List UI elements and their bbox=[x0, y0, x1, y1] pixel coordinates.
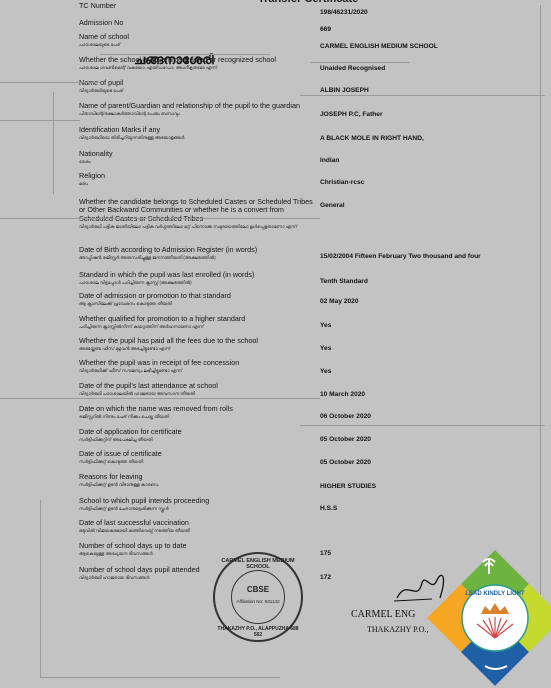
field-label-english: Reasons for leaving bbox=[79, 472, 143, 481]
field-value: Yes bbox=[320, 368, 331, 375]
field-label-malayalam: പിതാവിന്റെ/രക്ഷാകർത്താവിന്റെ പേരും ബന്ധവ… bbox=[79, 111, 314, 117]
field-label-english: Whether the pupil was in receipt of fee … bbox=[79, 358, 239, 367]
field-label: Date of admission or promotion to that s… bbox=[79, 292, 314, 307]
separator-line bbox=[0, 82, 100, 83]
field-label-malayalam: വിദ്യാർത്ഥി പട്ടിക ജാതിയിലോ പട്ടിക വർഗ്ഗ… bbox=[79, 224, 314, 230]
field-label-english: Date of last successful vaccination bbox=[79, 518, 189, 527]
field-label: Whether the pupil was in receipt of fee … bbox=[79, 359, 314, 374]
field-label: Date of Birth according to Admission Reg… bbox=[79, 246, 314, 261]
field-value: 172 bbox=[320, 574, 331, 581]
field-label: Name of schoolപാഠശാലയുടെ പേര് bbox=[79, 33, 314, 48]
field-label-malayalam: പാഠശാലയുടെ പേര് bbox=[79, 42, 314, 48]
field-label-malayalam: വിദ്യാർത്ഥി പാഠശാലയിൽ ഹാജരായ അവസാന തീയതി bbox=[79, 391, 314, 397]
separator-line bbox=[310, 62, 410, 63]
field-label-malayalam: രജിസ്റ്ററിൽ നിന്നും പേര് നീക്കം ചെയ്ത തീ… bbox=[79, 414, 314, 420]
field-value: CARMEL ENGLISH MEDIUM SCHOOL bbox=[320, 43, 438, 50]
field-label-english: Date of the pupil's last attendance at s… bbox=[79, 381, 218, 390]
field-value: 15/02/2004 Fifteen February Two thousand… bbox=[320, 253, 481, 260]
field-label: Date of issue of certificateസർട്ടിഫിക്കറ… bbox=[79, 450, 314, 465]
field-label: Date on which the name was removed from … bbox=[79, 405, 314, 420]
field-label-english: Name of school bbox=[79, 32, 129, 41]
field-label: Religionമതം bbox=[79, 172, 314, 187]
field-label-english: Whether the pupil has paid all the fees … bbox=[79, 336, 258, 345]
field-label-english: Date of application for certificate bbox=[79, 427, 182, 436]
field-label-english: Date of issue of certificate bbox=[79, 449, 162, 458]
field-value: Christian-rcsc bbox=[320, 179, 364, 186]
field-label: Whether the pupil has paid all the fees … bbox=[79, 337, 314, 352]
field-label: Name of parent/Guardian and relationship… bbox=[79, 102, 314, 117]
field-label: Nationalityദേശം bbox=[79, 150, 314, 165]
field-label: Identification Marks if anyവിദ്യാർത്ഥിയെ… bbox=[79, 126, 314, 141]
field-label: Number of school days up to dateആകെയുള്ള… bbox=[79, 542, 314, 557]
svg-text:LEAD KINDLY LIGHT: LEAD KINDLY LIGHT bbox=[465, 591, 525, 597]
field-value: 175 bbox=[320, 550, 331, 557]
field-label-english: Date of admission or promotion to that s… bbox=[79, 291, 231, 300]
stamp-ring-text: CARMEL ENGLISH MEDIUM SCHOOL bbox=[215, 558, 301, 570]
field-label-malayalam: സർട്ടിഫിക്കറ്റ് കൊടുത്ത തീയതി bbox=[79, 459, 314, 465]
field-label-malayalam: പഠിച്ചിരുന്ന ക്ലാസ്സിൽനിന്ന് കയറ്റത്തിന്… bbox=[79, 324, 314, 330]
separator-line bbox=[300, 425, 545, 426]
field-value: 02 May 2020 bbox=[320, 298, 359, 305]
field-label-malayalam: ദേശം bbox=[79, 159, 314, 165]
field-label-malayalam: പാഠശാല ഗവൺമെന്റ് വകയോ, എയ്ഡഡോ, അംഗീകൃതമോ… bbox=[79, 65, 314, 71]
field-value: Unaided Recognised bbox=[320, 65, 385, 72]
field-label-malayalam: വിദ്യാർത്ഥിയെ തിരിച്ചറിയുന്നതിനുള്ള അടയാ… bbox=[79, 135, 314, 141]
field-label: Standard in which the pupil was last enr… bbox=[79, 271, 314, 286]
signature-address: THAKAZHY P.O., bbox=[367, 625, 428, 634]
field-label: Admission No bbox=[79, 19, 314, 28]
stamp-address: THAKAZHY P.O., ALAPPUZHA 688 562 bbox=[215, 626, 301, 638]
field-label-malayalam: അടയ്ക്കേണ്ട ഫീസ് മുഴുവൻ അടച്ചിട്ടുണ്ടോ എ… bbox=[79, 346, 314, 352]
lead-kindly-light-logo: LEAD KINDLY LIGHT bbox=[425, 548, 551, 688]
field-value: Yes bbox=[320, 345, 331, 352]
border-line bbox=[40, 500, 41, 678]
field-label-english: TC Number bbox=[79, 1, 116, 10]
field-value: 05 October 2020 bbox=[320, 436, 371, 443]
field-label: Name of pupilവിദ്യാർത്ഥിയുടെ പേര് bbox=[79, 79, 314, 94]
field-label-malayalam: സർട്ടിഫിക്കറ്റ് ഉടൻ വിടാനുള്ള കാരണം bbox=[79, 482, 314, 488]
field-label-english: Standard in which the pupil was last enr… bbox=[79, 270, 254, 279]
field-value: HIGHER STUDIES bbox=[320, 483, 376, 490]
field-label: Whether qualified for promotion to a hig… bbox=[79, 315, 314, 330]
field-value: 669 bbox=[320, 26, 331, 33]
field-label-english: Nationality bbox=[79, 149, 113, 158]
separator-line bbox=[0, 120, 80, 121]
field-label-malayalam: ഒടുവിൽ വിജയകരമായി കുത്തിവെയ്പ് നടത്തിയ ത… bbox=[79, 528, 314, 534]
field-label-english: School to which pupil intends proceeding bbox=[79, 496, 209, 505]
signature-school-name: CARMEL ENG bbox=[351, 609, 415, 620]
field-value: Indian bbox=[320, 157, 339, 164]
field-label-malayalam: സർട്ടിഫിക്കറ്റിന് അപേക്ഷിച്ച തീയതി bbox=[79, 437, 314, 443]
school-seal-stamp: CARMEL ENGLISH MEDIUM SCHOOL CBSE Affili… bbox=[213, 552, 303, 642]
field-value: A BLACK MOLE IN RIGHT HAND, bbox=[320, 135, 424, 142]
field-label-malayalam: അഡ്മിഷൻ രജിസ്റ്റർ അനുസരിച്ചുള്ള ജനനത്തീയ… bbox=[79, 255, 314, 261]
border-line bbox=[40, 677, 280, 678]
field-value: 06 October 2020 bbox=[320, 413, 371, 420]
field-label-malayalam: വിദ്യാർത്ഥിക്ക് ഫീസ് സൗജന്യം ലഭിച്ചിട്ടു… bbox=[79, 368, 314, 374]
border-line bbox=[53, 92, 54, 194]
separator-line bbox=[300, 95, 545, 96]
field-label-malayalam: മതം bbox=[79, 181, 314, 187]
field-label-english: Date on which the name was removed from … bbox=[79, 404, 233, 413]
field-label-english: Identification Marks if any bbox=[79, 125, 160, 134]
field-label: TC Number bbox=[79, 2, 314, 11]
field-label: Date of application for certificateസർട്ട… bbox=[79, 428, 314, 443]
field-label-malayalam: പാഠശാല വിട്ടപ്പോൾ പഠിച്ചിരുന്ന ക്ലാസ്സ് … bbox=[79, 280, 314, 286]
field-label: Date of the pupil's last attendance at s… bbox=[79, 382, 314, 397]
field-label-english: Admission No bbox=[79, 18, 123, 27]
border-line bbox=[540, 5, 541, 595]
field-label: Reasons for leavingസർട്ടിഫിക്കറ്റ് ഉടൻ വ… bbox=[79, 473, 314, 488]
transfer-certificate-page: Transfer Certificate ചങ്ങനാശേരി TC Numbe… bbox=[0, 0, 551, 688]
stamp-cbse: CBSE bbox=[232, 585, 284, 594]
field-value: Yes bbox=[320, 322, 331, 329]
field-label-english: Number of school days up to date bbox=[79, 541, 186, 550]
field-label: Whether the school is government aided o… bbox=[79, 56, 314, 71]
field-value: 198/46231/2020 bbox=[320, 9, 368, 16]
stamp-inner-ring: CBSE Affiliation No: 931132 bbox=[231, 570, 285, 624]
field-label-english: Date of Birth according to Admission Reg… bbox=[79, 245, 257, 254]
field-value: JOSEPH P.C, Father bbox=[320, 111, 383, 118]
separator-line bbox=[0, 398, 320, 399]
field-label: Date of last successful vaccinationഒടുവി… bbox=[79, 519, 314, 534]
field-label-malayalam: ആ ക്ലാസിലേക്ക് പ്രവേശനം കൊടുത്ത തീയതി bbox=[79, 301, 314, 307]
stamp-affiliation: Affiliation No: 931132 bbox=[232, 599, 284, 604]
field-value: H.S.S bbox=[320, 505, 337, 512]
field-label-english: Name of parent/Guardian and relationship… bbox=[79, 101, 300, 110]
field-value: 10 March 2020 bbox=[320, 391, 365, 398]
field-value: 05 October 2020 bbox=[320, 459, 371, 466]
field-label: Whether the candidate belongs to Schedul… bbox=[79, 198, 314, 230]
field-label-english: Whether qualified for promotion to a hig… bbox=[79, 314, 245, 323]
field-label-malayalam: സർട്ടിഫിക്കറ്റ് ഉടൻ ചേരാനുദ്ദേശിക്കുന്ന … bbox=[79, 506, 314, 512]
field-value: General bbox=[320, 202, 345, 209]
field-label-malayalam: വിദ്യാർത്ഥിയുടെ പേര് bbox=[79, 88, 314, 94]
field-value: Tenth Standard bbox=[320, 278, 368, 285]
separator-line bbox=[0, 218, 320, 219]
separator-line bbox=[100, 54, 270, 55]
field-label: School to which pupil intends proceeding… bbox=[79, 497, 314, 512]
field-label-english: Whether the school is government aided o… bbox=[79, 55, 276, 64]
field-value: ALBIN JOSEPH bbox=[320, 87, 369, 94]
field-label-english: Religion bbox=[79, 171, 105, 180]
field-label-english: Number of school days pupil attended bbox=[79, 565, 200, 574]
